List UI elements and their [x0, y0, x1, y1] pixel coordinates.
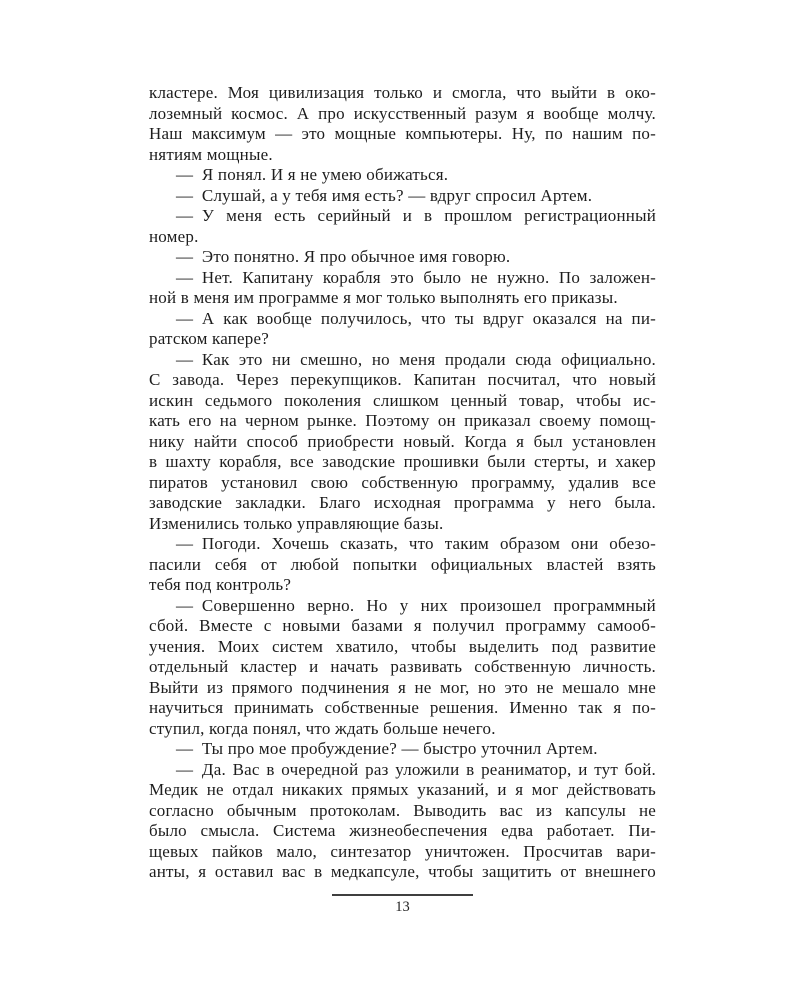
paragraph: — Как это ни смешно, но меня продали сюд… — [149, 350, 656, 535]
text-line: тебя под контроль? — [149, 575, 656, 596]
paragraph: — У меня есть серийный и в прошлом регис… — [149, 206, 656, 247]
paragraph: — А как вообще получилось, что ты вдруг … — [149, 309, 656, 350]
text-line: согласно обычным протоколам. Выводить ва… — [149, 801, 656, 822]
text-block: кластере. Моя цивилизация только и смогл… — [149, 83, 656, 883]
text-line: — Да. Вас в очередной раз уложили в реан… — [149, 760, 656, 781]
text-line: — Слушай, а у тебя имя есть? — вдруг спр… — [149, 186, 656, 207]
text-line: отдельный кластер и начать развивать соб… — [149, 657, 656, 678]
paragraph: — Да. Вас в очередной раз уложили в реан… — [149, 760, 656, 883]
text-line: — Ты про мое пробуждение? — быстро уточн… — [149, 739, 656, 760]
paragraph: — Слушай, а у тебя имя есть? — вдруг спр… — [149, 186, 656, 207]
text-line: кать его на черном рынке. Поэтому он при… — [149, 411, 656, 432]
paragraph: — Я понял. И я не умею обижаться. — [149, 165, 656, 186]
page-number: 13 — [149, 899, 656, 916]
text-line: нятиям мощные. — [149, 145, 656, 166]
text-line: — Совершенно верно. Но у них произошел п… — [149, 596, 656, 617]
text-line: пасили себя от любой попытки официальных… — [149, 555, 656, 576]
book-page: кластере. Моя цивилизация только и смогл… — [0, 0, 800, 1000]
text-line: Медик не отдал никаких прямых указаний, … — [149, 780, 656, 801]
paragraph: — Нет. Капитану корабля это было не нужн… — [149, 268, 656, 309]
paragraph: — Погоди. Хочешь сказать, что таким обра… — [149, 534, 656, 596]
text-line: ратском капере? — [149, 329, 656, 350]
paragraph: — Это понятно. Я про обычное имя говорю. — [149, 247, 656, 268]
paragraph: кластере. Моя цивилизация только и смогл… — [149, 83, 656, 165]
text-line: сбой. Вместе с новыми базами я получил п… — [149, 616, 656, 637]
text-line: — Погоди. Хочешь сказать, что таким обра… — [149, 534, 656, 555]
text-line: заводские закладки. Благо исходная прогр… — [149, 493, 656, 514]
text-line: научиться принимать собственные решения.… — [149, 698, 656, 719]
text-line: нику найти способ приобрести новый. Когд… — [149, 432, 656, 453]
text-line: было смысла. Система жизнеобеспечения ед… — [149, 821, 656, 842]
text-line: — А как вообще получилось, что ты вдруг … — [149, 309, 656, 330]
text-line: в шахту корабля, все заводские прошивки … — [149, 452, 656, 473]
paragraph: — Ты про мое пробуждение? — быстро уточн… — [149, 739, 656, 760]
text-line: Изменились только управляющие базы. — [149, 514, 656, 535]
text-line: кластере. Моя цивилизация только и смогл… — [149, 83, 656, 104]
paragraph: — Совершенно верно. Но у них произошел п… — [149, 596, 656, 740]
text-line: щевых пайков мало, синтезатор уничтожен.… — [149, 842, 656, 863]
text-line: — Нет. Капитану корабля это было не нужн… — [149, 268, 656, 289]
text-line: номер. — [149, 227, 656, 248]
text-line: — У меня есть серийный и в прошлом регис… — [149, 206, 656, 227]
text-line: ступил, когда понял, что ждать больше не… — [149, 719, 656, 740]
text-line: Наш максимум — это мощные компьютеры. Ну… — [149, 124, 656, 145]
page-footer: 13 — [149, 894, 656, 916]
text-line: ной в меня им программе я мог только вып… — [149, 288, 656, 309]
text-line: учения. Моих систем хватило, чтобы выдел… — [149, 637, 656, 658]
text-line: С завода. Через перекупщиков. Капитан по… — [149, 370, 656, 391]
text-line: — Это понятно. Я про обычное имя говорю. — [149, 247, 656, 268]
text-line: Выйти из прямого подчинения я не мог, но… — [149, 678, 656, 699]
text-line: пиратов установил свою собственную прогр… — [149, 473, 656, 494]
text-line: искин седьмого поколения слишком ценный … — [149, 391, 656, 412]
text-line: лоземный космос. А про искусственный раз… — [149, 104, 656, 125]
footer-rule — [332, 894, 473, 896]
text-line: анты, я оставил вас в медкапсуле, чтобы … — [149, 862, 656, 883]
text-line: — Я понял. И я не умею обижаться. — [149, 165, 656, 186]
text-line: — Как это ни смешно, но меня продали сюд… — [149, 350, 656, 371]
